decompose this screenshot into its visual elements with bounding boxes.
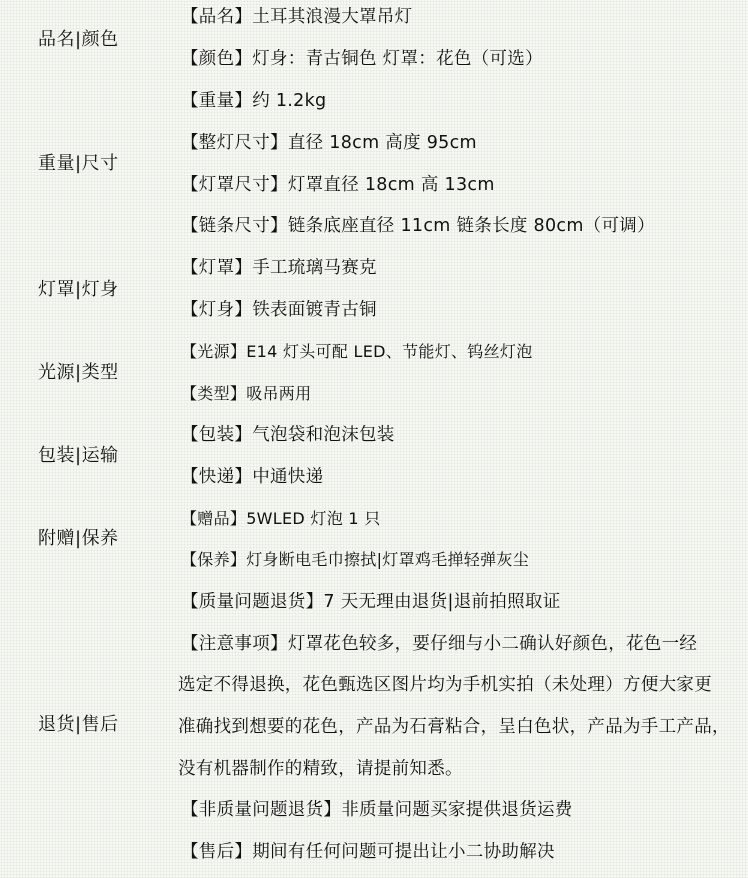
spec-value: 灯罩直径 18cm 高 13cm <box>288 175 495 195</box>
spec-row-aftersales: 【售后】期间有任何问题可提出让小二协助解决 <box>181 840 555 864</box>
spec-key: 【赠品】 <box>181 509 246 528</box>
spec-row-quality-return: 【质量问题退货】7 天无理由退货|退前拍照取证 <box>181 590 561 614</box>
spec-value: 直径 18cm 高度 95cm <box>288 133 477 153</box>
spec-row-type: 【类型】吸吊两用 <box>181 382 311 406</box>
spec-key: 【保养】 <box>181 550 246 569</box>
spec-row-shade: 【灯罩】手工琉璃马赛克 <box>181 256 377 280</box>
spec-key: 【整灯尺寸】 <box>181 133 288 153</box>
group-label: 灯罩|灯身 <box>38 278 119 302</box>
spec-row-packaging: 【包装】气泡袋和泡沫包装 <box>181 423 395 447</box>
spec-row-notice: 【注意事项】灯罩花色较多，要仔细与小二确认好颜色，花色一经 <box>181 632 697 656</box>
spec-row-nonquality-return: 【非质量问题退货】非质量问题买家提供退货运费 <box>181 798 573 822</box>
spec-row-gift: 【赠品】5WLED 灯泡 1 只 <box>181 507 381 531</box>
spec-value: 期间有任何问题可提出让小二协助解决 <box>252 842 555 862</box>
spec-value: 气泡袋和泡沫包装 <box>252 425 394 445</box>
spec-value: 7 天无理由退货|退前拍照取证 <box>323 592 560 612</box>
spec-key: 【颜色】 <box>181 49 252 69</box>
spec-value: 中通快递 <box>252 467 323 487</box>
spec-value: 灯身：青古铜色 灯罩：花色（可选） <box>252 49 543 69</box>
spec-value: 5WLED 灯泡 1 只 <box>246 509 380 528</box>
spec-key: 【品名】 <box>181 7 252 27</box>
spec-key: 【灯身】 <box>181 300 252 320</box>
group-label: 品名|颜色 <box>38 28 119 52</box>
spec-key: 【链条尺寸】 <box>181 216 288 236</box>
group-label: 退货|售后 <box>38 713 119 737</box>
spec-key: 【光源】 <box>181 342 246 361</box>
spec-key: 【快递】 <box>181 467 252 487</box>
spec-key: 【注意事项】 <box>181 634 288 654</box>
group-label: 包装|运输 <box>38 444 119 468</box>
group-label: 重量|尺寸 <box>38 152 119 176</box>
spec-row-weight: 【重量】约 1.2kg <box>181 89 326 113</box>
spec-value: 约 1.2kg <box>252 91 326 111</box>
spec-row-maintenance: 【保养】灯身断电毛巾擦拭|灯罩鸡毛掸轻弹灰尘 <box>181 548 529 572</box>
spec-value: 手工琉璃马赛克 <box>252 258 377 278</box>
spec-value: 灯罩花色较多，要仔细与小二确认好颜色，花色一经 <box>288 634 697 654</box>
spec-key: 【类型】 <box>181 384 246 403</box>
spec-value: E14 灯头可配 LED、节能灯、钨丝灯泡 <box>246 342 532 361</box>
spec-key: 【质量问题退货】 <box>181 592 323 612</box>
spec-value: 非质量问题买家提供退货运费 <box>341 800 572 820</box>
spec-row-shade-size: 【灯罩尺寸】灯罩直径 18cm 高 13cm <box>181 173 495 197</box>
spec-value: 灯身断电毛巾擦拭|灯罩鸡毛掸轻弹灰尘 <box>246 550 529 569</box>
spec-row-chain-size: 【链条尺寸】链条底座直径 11cm 链条长度 80cm（可调） <box>181 214 655 238</box>
spec-key: 【灯罩】 <box>181 258 252 278</box>
spec-key: 【重量】 <box>181 91 252 111</box>
spec-value: 土耳其浪漫大罩吊灯 <box>252 7 412 27</box>
spec-row-name: 【品名】土耳其浪漫大罩吊灯 <box>181 5 412 29</box>
spec-key: 【包装】 <box>181 425 252 445</box>
spec-key: 【售后】 <box>181 842 252 862</box>
spec-value: 链条底座直径 11cm 链条长度 80cm（可调） <box>288 216 655 236</box>
spec-key: 【灯罩尺寸】 <box>181 175 288 195</box>
spec-key: 【非质量问题退货】 <box>181 800 341 820</box>
notice-continuation-line: 选定不得退换，花色甄选区图片均为手机实拍（未处理）方便大家更 <box>178 673 712 697</box>
spec-row-color: 【颜色】灯身：青古铜色 灯罩：花色（可选） <box>181 47 543 71</box>
group-label: 附赠|保养 <box>38 527 119 551</box>
spec-value: 铁表面镀青古铜 <box>252 300 377 320</box>
notice-continuation-line: 没有机器制作的精致，请提前知悉。 <box>178 757 463 781</box>
notice-continuation-line: 准确找到想要的花色，产品为石膏粘合，呈白色状，产品为手工产品， <box>178 715 730 739</box>
spec-row-light-source: 【光源】E14 灯头可配 LED、节能灯、钨丝灯泡 <box>181 340 533 364</box>
spec-row-overall-size: 【整灯尺寸】直径 18cm 高度 95cm <box>181 131 477 155</box>
spec-row-courier: 【快递】中通快递 <box>181 465 323 489</box>
group-label: 光源|类型 <box>38 361 119 385</box>
spec-value: 吸吊两用 <box>246 384 311 403</box>
spec-row-body: 【灯身】铁表面镀青古铜 <box>181 298 377 322</box>
